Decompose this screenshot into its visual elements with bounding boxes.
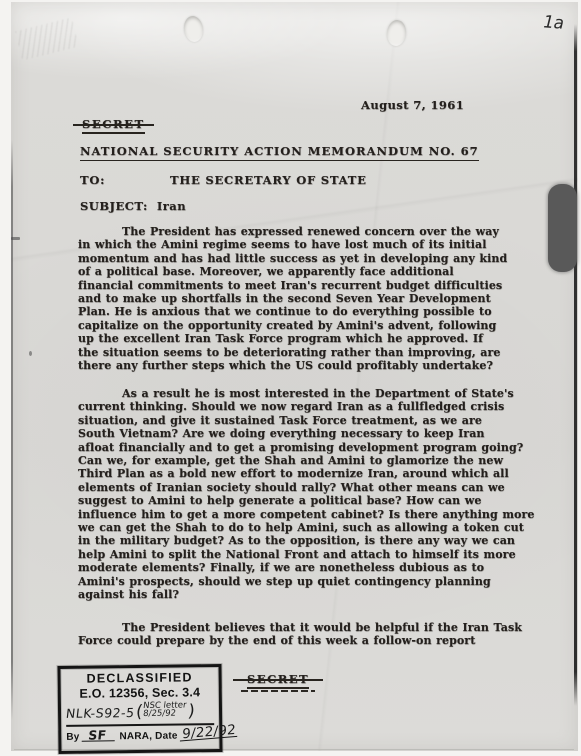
scanned-memo-page: 1a August 7, 1961 SECRET NATIONAL SECURI…: [0, 0, 581, 756]
stamp-case-line: NLK-S92-5 ( NSC letter 8/25/92 ): [66, 700, 214, 727]
paragraph-1: The President has expressed renewed conc…: [78, 225, 566, 372]
stamp-paren-close: ): [187, 706, 195, 716]
stamp-note: NSC letter 8/25/92: [143, 702, 187, 718]
paragraph-2: As a result he is most interested in the…: [78, 387, 566, 602]
subject-label: SUBJECT:: [80, 199, 148, 213]
stamp-note-line2: 8/25/92: [143, 710, 187, 718]
stamp-by-label: By: [66, 732, 79, 743]
classification-secret-bottom: SECRET: [247, 672, 309, 689]
stamp-declassified-label: DECLASSIFIED: [61, 670, 219, 686]
to-label: TO:: [80, 173, 105, 187]
classification-marking-bottom: SECRET: [247, 672, 309, 689]
memo-title-line: NATIONAL SECURITY ACTION MEMORANDUM NO. …: [80, 144, 479, 161]
subject-value: Iran: [157, 199, 186, 213]
to-row: TO: THE SECRETARY OF STATE: [80, 173, 105, 187]
stamp-by-signature: SF: [82, 729, 116, 741]
stamp-authority: E.O. 12356, Sec. 3.4: [61, 685, 219, 701]
declassification-stamp: DECLASSIFIED E.O. 12356, Sec. 3.4 NLK-S9…: [57, 664, 222, 754]
classification-marking-top: SECRET: [82, 117, 145, 134]
memo-date: August 7, 1961: [361, 98, 464, 112]
stamp-by-line: By SF NARA, Date 9/22/92: [66, 728, 215, 743]
to-value: THE SECRETARY OF STATE: [170, 173, 367, 187]
stamp-paren-open: (: [135, 707, 143, 717]
subject-row: SUBJECT:Iran: [80, 199, 186, 213]
stamp-nara-label: NARA, Date: [119, 731, 177, 743]
paragraph-3: The President believes that it would be …: [78, 621, 566, 648]
memo-content: August 7, 1961 SECRET NATIONAL SECURITY …: [0, 0, 581, 756]
memo-title: NATIONAL SECURITY ACTION MEMORANDUM NO. …: [80, 144, 479, 161]
stamp-case-number: NLK-S92-5: [65, 705, 135, 721]
classification-secret-top: SECRET: [82, 117, 145, 134]
stamp-date-handwritten: 9/22/92: [180, 725, 238, 742]
